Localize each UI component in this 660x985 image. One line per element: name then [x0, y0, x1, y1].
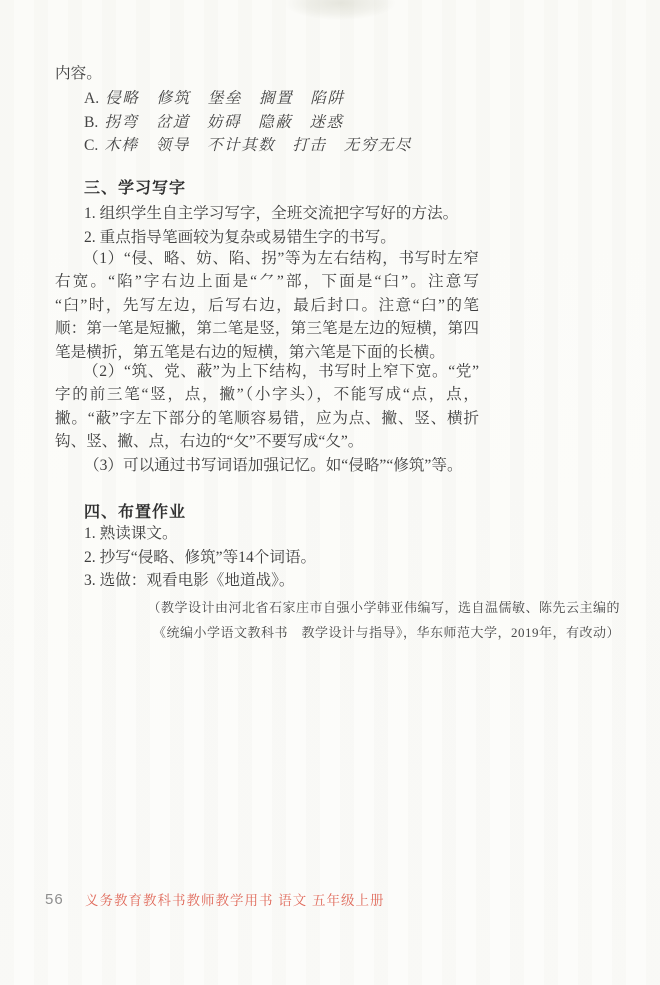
paragraph-line: （1）“侵、略、妨、陷、拐”等为左右结构，书写时左窄 [55, 247, 479, 270]
word-list-a: A.侵略 修筑 堡垒 搁置 陷阱 [84, 87, 344, 110]
word-list-a-label: A. [84, 90, 99, 107]
paragraph-line: 钩、竖、撇、点，右边的“攵”不要写成“夂”。 [55, 430, 479, 453]
paragraph-line: 撇。“蔽”字左下部分的笔顺容易错，应为点、撇、竖、横折 [55, 407, 479, 430]
section-homework-item-3: 3. 选做：观看电影《地道战》。 [84, 569, 295, 592]
section-homework-item-2: 2. 抄写“侵略、修筑”等14个词语。 [84, 546, 316, 569]
section-homework-item-1: 1. 熟读课文。 [84, 522, 178, 545]
attribution-line-2: 《统编小学语文教科书 教学设计与指导》，华东师范大学，2019年，有改动） [147, 620, 620, 645]
intro-text: 内容。 [55, 62, 479, 85]
section-homework-heading: 四、布置作业 [84, 501, 186, 524]
paragraph-line: 右宽。“陷”字右边上面是“⺈”部，下面是“臼”。注意写 [55, 270, 479, 293]
paragraph-stroke-order-1: （1）“侵、略、妨、陷、拐”等为左右结构，书写时左窄 右宽。“陷”字右边上面是“… [55, 247, 479, 364]
footer-book-title: 义务教育教科书教师教学用书 语文 五年级上册 [85, 889, 385, 912]
word-list-b-label: B. [84, 114, 98, 131]
attribution-line-1: （教学设计由河北省石家庄市自强小学韩亚伟编写，选自温儒敏、陈先云主编的 [147, 595, 620, 620]
section-writing-item-1: 1. 组织学生自主学习写字，全班交流把字写好的方法。 [84, 202, 458, 225]
word-list-c-label: C. [84, 137, 98, 154]
paragraph-line: （2）“筑、党、蔽”为上下结构，书写时上窄下宽。“党” [55, 360, 479, 383]
paragraph-memory-tip: （3）可以通过书写词语加强记忆。如“侵略”“修筑”等。 [84, 454, 463, 477]
paragraph-line: 顺：第一笔是短撇，第二笔是竖，第三笔是左边的短横，第四 [55, 317, 479, 340]
page-number: 56 [45, 888, 64, 911]
word-list-c-words: 木棒 领导 不计其数 打击 无穷无尽 [104, 137, 412, 154]
word-list-b: B.拐弯 岔道 妨碍 隐蔽 迷惑 [84, 111, 344, 134]
paragraph-line: “臼”时，先写左边，后写右边，最后封口。注意“臼”的笔 [55, 294, 479, 317]
section-writing-item-2: 2. 重点指导笔画较为复杂或易错生字的书写。 [84, 226, 396, 249]
book-page: 内容。 A.侵略 修筑 堡垒 搁置 陷阱 B.拐弯 岔道 妨碍 隐蔽 迷惑 C.… [0, 0, 660, 985]
paragraph-line: 字的前三笔“竖，点，撇”（小字头），不能写成“点，点， [55, 383, 479, 406]
paragraph-stroke-order-2: （2）“筑、党、蔽”为上下结构，书写时上窄下宽。“党” 字的前三笔“竖，点，撇”… [55, 360, 479, 454]
word-list-a-words: 侵略 修筑 堡垒 搁置 陷阱 [105, 90, 344, 107]
word-list-b-words: 拐弯 岔道 妨碍 隐蔽 迷惑 [104, 114, 343, 131]
attribution: （教学设计由河北省石家庄市自强小学韩亚伟编写，选自温儒敏、陈先云主编的 《统编小… [147, 595, 620, 646]
section-writing-heading: 三、学习写字 [84, 177, 186, 200]
scan-smudge [285, 0, 395, 20]
word-list-c: C.木棒 领导 不计其数 打击 无穷无尽 [84, 134, 412, 157]
